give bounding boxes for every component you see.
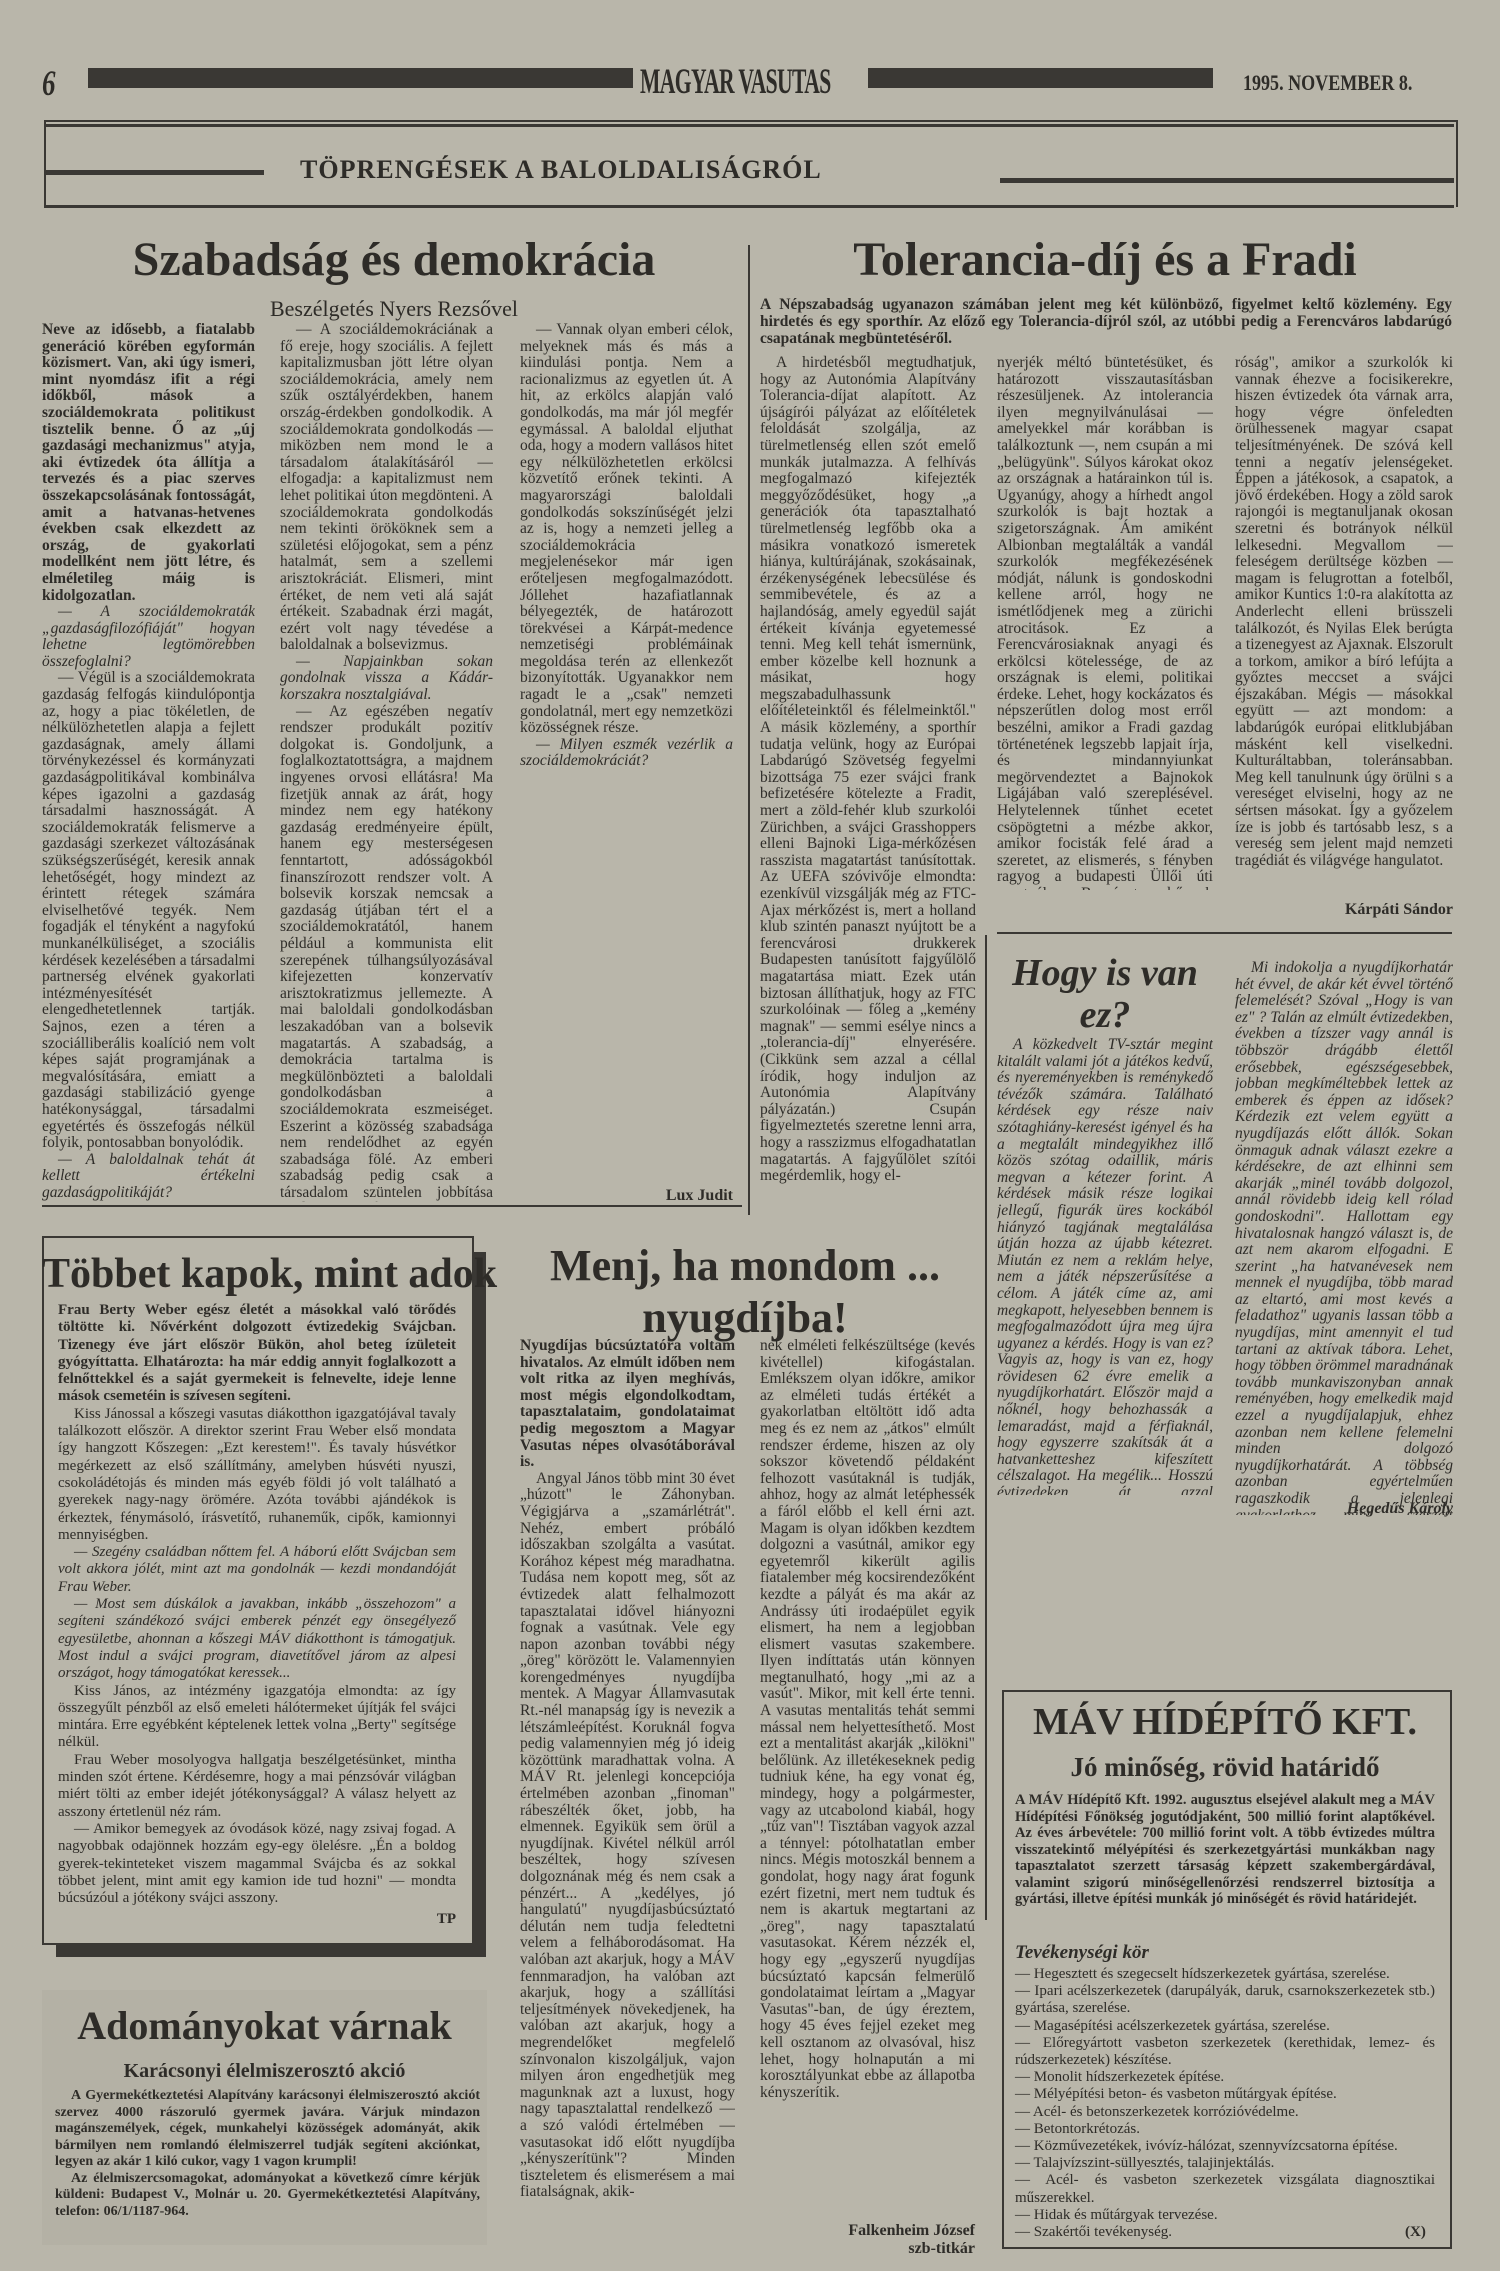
- headline-menj-line-2: nyugdíjba!: [500, 1292, 990, 1344]
- tobbet-para-6: — Amikor bemegyek az óvodások közé, nagy…: [58, 1821, 456, 1907]
- subhead-adomany: Karácsonyi élelmiszerosztó akció: [42, 2060, 487, 2083]
- menj-lead: Nyugdíjas búcsúztatóra voltam hivatalos.…: [520, 1338, 735, 1471]
- activity-item: — Talajvízszint-süllyesztés, talajinjekt…: [1015, 2155, 1435, 2172]
- adomany-body: A Gyermekétkeztetési Alapítvány karácson…: [55, 2088, 480, 2220]
- szabadsag-answer-3: — Az egészében negatív rendszer produkál…: [280, 704, 493, 1202]
- issue-date: 1995. NOVEMBER 8.: [1243, 70, 1412, 96]
- column-divider: [748, 245, 750, 1215]
- hogy-signature: Hegedűs Károly: [1235, 1500, 1453, 1518]
- page-number: 6: [42, 62, 56, 104]
- masthead-bar-right: [868, 68, 1213, 88]
- mav-ad-mark: (X): [1405, 2224, 1426, 2241]
- activity-item: — Monolit hídszerkezetek építése.: [1015, 2069, 1435, 2086]
- tolerancia-lead: A Népszabadság ugyanazon számában jelent…: [760, 296, 1452, 347]
- tolerancia-text-1: A hirdetésből megtudhatjuk, hogy az Auto…: [760, 355, 976, 1185]
- szabadsag-column-1: Neve az idősebb, a fiatalabb generáció k…: [42, 322, 255, 1202]
- hogy-text-2: Mi indokolja a nyugdíjkorhatár hét évvel…: [1235, 960, 1453, 1515]
- menj-signature-name: Falkenheim József: [760, 2222, 975, 2240]
- headline-tolerancia: Tolerancia-díj és a Fradi: [760, 232, 1450, 287]
- menj-text-1: Angyal János több mint 30 évet „húzott" …: [520, 1471, 735, 2201]
- tobbet-para-3: — Most sem dúskálok a javakban, inkább „…: [58, 1596, 456, 1682]
- section-bar-left: [44, 170, 264, 175]
- tolerancia-column-3: róság", amikor a szurkolók ki vannak éhe…: [1235, 355, 1453, 895]
- tobbet-lead: Frau Berty Weber egész életét a másokkal…: [58, 1302, 456, 1406]
- hogy-column-2: Mi indokolja a nyugdíjkorhatár hét évvel…: [1235, 960, 1453, 1515]
- szabadsag-answer-1: — Végül is a szociáldemokrata gazdaság f…: [42, 670, 255, 1151]
- hogy-left-rule: [985, 935, 987, 1920]
- headline-menj-line-1: Menj, ha mondom ...: [500, 1240, 990, 1292]
- adomany-para-1: A Gyermekétkeztetési Alapítvány karácson…: [55, 2088, 480, 2171]
- headline-adomany: Adományokat várnak: [42, 2002, 487, 2049]
- szabadsag-question-2: — A baloldalnak tehát át kellett értékel…: [42, 1152, 255, 1202]
- activity-item: — Közművezetékek, ivóvíz-hálózat, szenny…: [1015, 2138, 1435, 2155]
- szabadsag-column-2: — A szociáldemokráciának a fő ereje, hog…: [280, 322, 493, 1202]
- headline-tobbet: Többet kapok, mint adok: [42, 1250, 470, 1298]
- section-bar-right: [1000, 178, 1454, 183]
- hogy-text-1: A közkedvelt TV-sztár megint kitalált va…: [997, 1037, 1213, 1495]
- mav-ad-headline: MÁV HÍDÉPÍTŐ KFT.: [1002, 1700, 1448, 1744]
- activity-item: — Hidak és műtárgyak tervezése.: [1015, 2207, 1435, 2224]
- mav-ad-activity-list: — Hegesztett és szegecselt hídszerkezete…: [1015, 1966, 1435, 2241]
- activity-item: — Szakértői tevékenység.: [1015, 2224, 1435, 2241]
- subhead-szabadsag: Beszélgetés Nyers Rezsővel: [44, 296, 744, 322]
- tolerancia-signature: Kárpáti Sándor: [1235, 901, 1453, 919]
- mav-ad-subhead: Jó minőség, rövid határidő: [1002, 1752, 1448, 1783]
- tobbet-para-2: — Szegény családban nőttem fel. A háború…: [58, 1544, 456, 1596]
- tobbet-para-5: Frau Weber mosolyogva hallgatja beszélge…: [58, 1752, 456, 1821]
- tobbet-body: Frau Berty Weber egész életét a másokkal…: [58, 1302, 456, 1929]
- activity-item: — Magasépítési acélszerkezetek gyártása,…: [1015, 2018, 1435, 2035]
- mav-ad-list-title: Tevékenységi kör: [1015, 1942, 1149, 1964]
- mav-ad-body: A MÁV Hídépítő Kft. 1992. augusztus else…: [1015, 1792, 1435, 1908]
- activity-item: — Acél- és vasbeton szerkezetek vizsgála…: [1015, 2172, 1435, 2206]
- activity-item: — Előregyártott vasbeton szerkezetek (ke…: [1015, 2035, 1435, 2069]
- menj-signature-title: szb-titkár: [760, 2240, 975, 2258]
- tolerancia-column-1: A hirdetésből megtudhatjuk, hogy az Auto…: [760, 355, 976, 1210]
- bottom-section-rule: [42, 1205, 742, 1207]
- adomany-para-2: Az élelmiszercsomagokat, adományokat a k…: [55, 2171, 480, 2221]
- szabadsag-column-3: — Vannak olyan emberi célok, melyeknek m…: [520, 322, 733, 1180]
- szabadsag-question-3: — Napjainkban sokan gondolnak vissza a K…: [280, 654, 493, 704]
- section-top-rule: [44, 124, 1454, 127]
- section-title: TÖPRENGÉSEK A BALOLDALISÁGRÓL: [300, 155, 822, 185]
- szabadsag-answer-2: — A szociáldemokráciának a fő ereje, hog…: [280, 322, 493, 654]
- section-bottom-rule: [44, 205, 1454, 208]
- szabadsag-signature: Lux Judit: [520, 1187, 733, 1205]
- menj-column-2: nek elméleti felkészültsége (kevés kivét…: [760, 1338, 975, 2213]
- newspaper-title: MAGYAR VASUTAS: [640, 60, 831, 102]
- hogy-top-rule: [997, 932, 1452, 934]
- activity-item: — Betontorkrétozás.: [1015, 2121, 1435, 2138]
- tobbet-signature: TP: [58, 1911, 456, 1928]
- tobbet-para-1: Kiss Jánossal a kőszegi vasutas diákotth…: [58, 1406, 456, 1544]
- tobbet-para-4: Kiss János, az intézmény igazgatója elmo…: [58, 1683, 456, 1752]
- szabadsag-question-4: — Milyen eszmék vezérlik a szociáldemokr…: [520, 737, 733, 770]
- activity-item: — Ipari acélszerkezetek (darupályák, dar…: [1015, 1983, 1435, 2017]
- hogy-column-1: A közkedvelt TV-sztár megint kitalált va…: [997, 1037, 1213, 1495]
- szabadsag-lead: Neve az idősebb, a fiatalabb generáció k…: [42, 322, 255, 604]
- headline-menj: Menj, ha mondom ... nyugdíjba!: [500, 1240, 990, 1344]
- masthead-bar-left: [88, 68, 633, 88]
- tolerancia-text-3: róság", amikor a szurkolók ki vannak éhe…: [1235, 355, 1453, 869]
- tolerancia-column-2: nyerjék méltó büntetésüket, és határozot…: [997, 355, 1213, 890]
- menj-column-1: Nyugdíjas búcsúztatóra voltam hivatalos.…: [520, 1338, 735, 2268]
- menj-text-2: nek elméleti felkészültsége (kevés kivét…: [760, 1338, 975, 2101]
- szabadsag-answer-4: — Vannak olyan emberi célok, melyeknek m…: [520, 322, 733, 737]
- headline-hogy: Hogy is van ez?: [997, 952, 1213, 1036]
- tolerancia-text-2: nyerjék méltó büntetésüket, és határozot…: [997, 355, 1213, 890]
- activity-item: — Hegesztett és szegecselt hídszerkezete…: [1015, 1966, 1435, 1983]
- activity-item: — Mélyépítési beton- és vasbeton műtárgy…: [1015, 2086, 1435, 2103]
- headline-szabadsag: Szabadság és demokrácia: [44, 232, 744, 287]
- activity-item: — Acél- és betonszerkezetek korrózióvéde…: [1015, 2104, 1435, 2121]
- szabadsag-question-1: — A szociáldemokraták „gazdaságfilozófiá…: [42, 604, 255, 670]
